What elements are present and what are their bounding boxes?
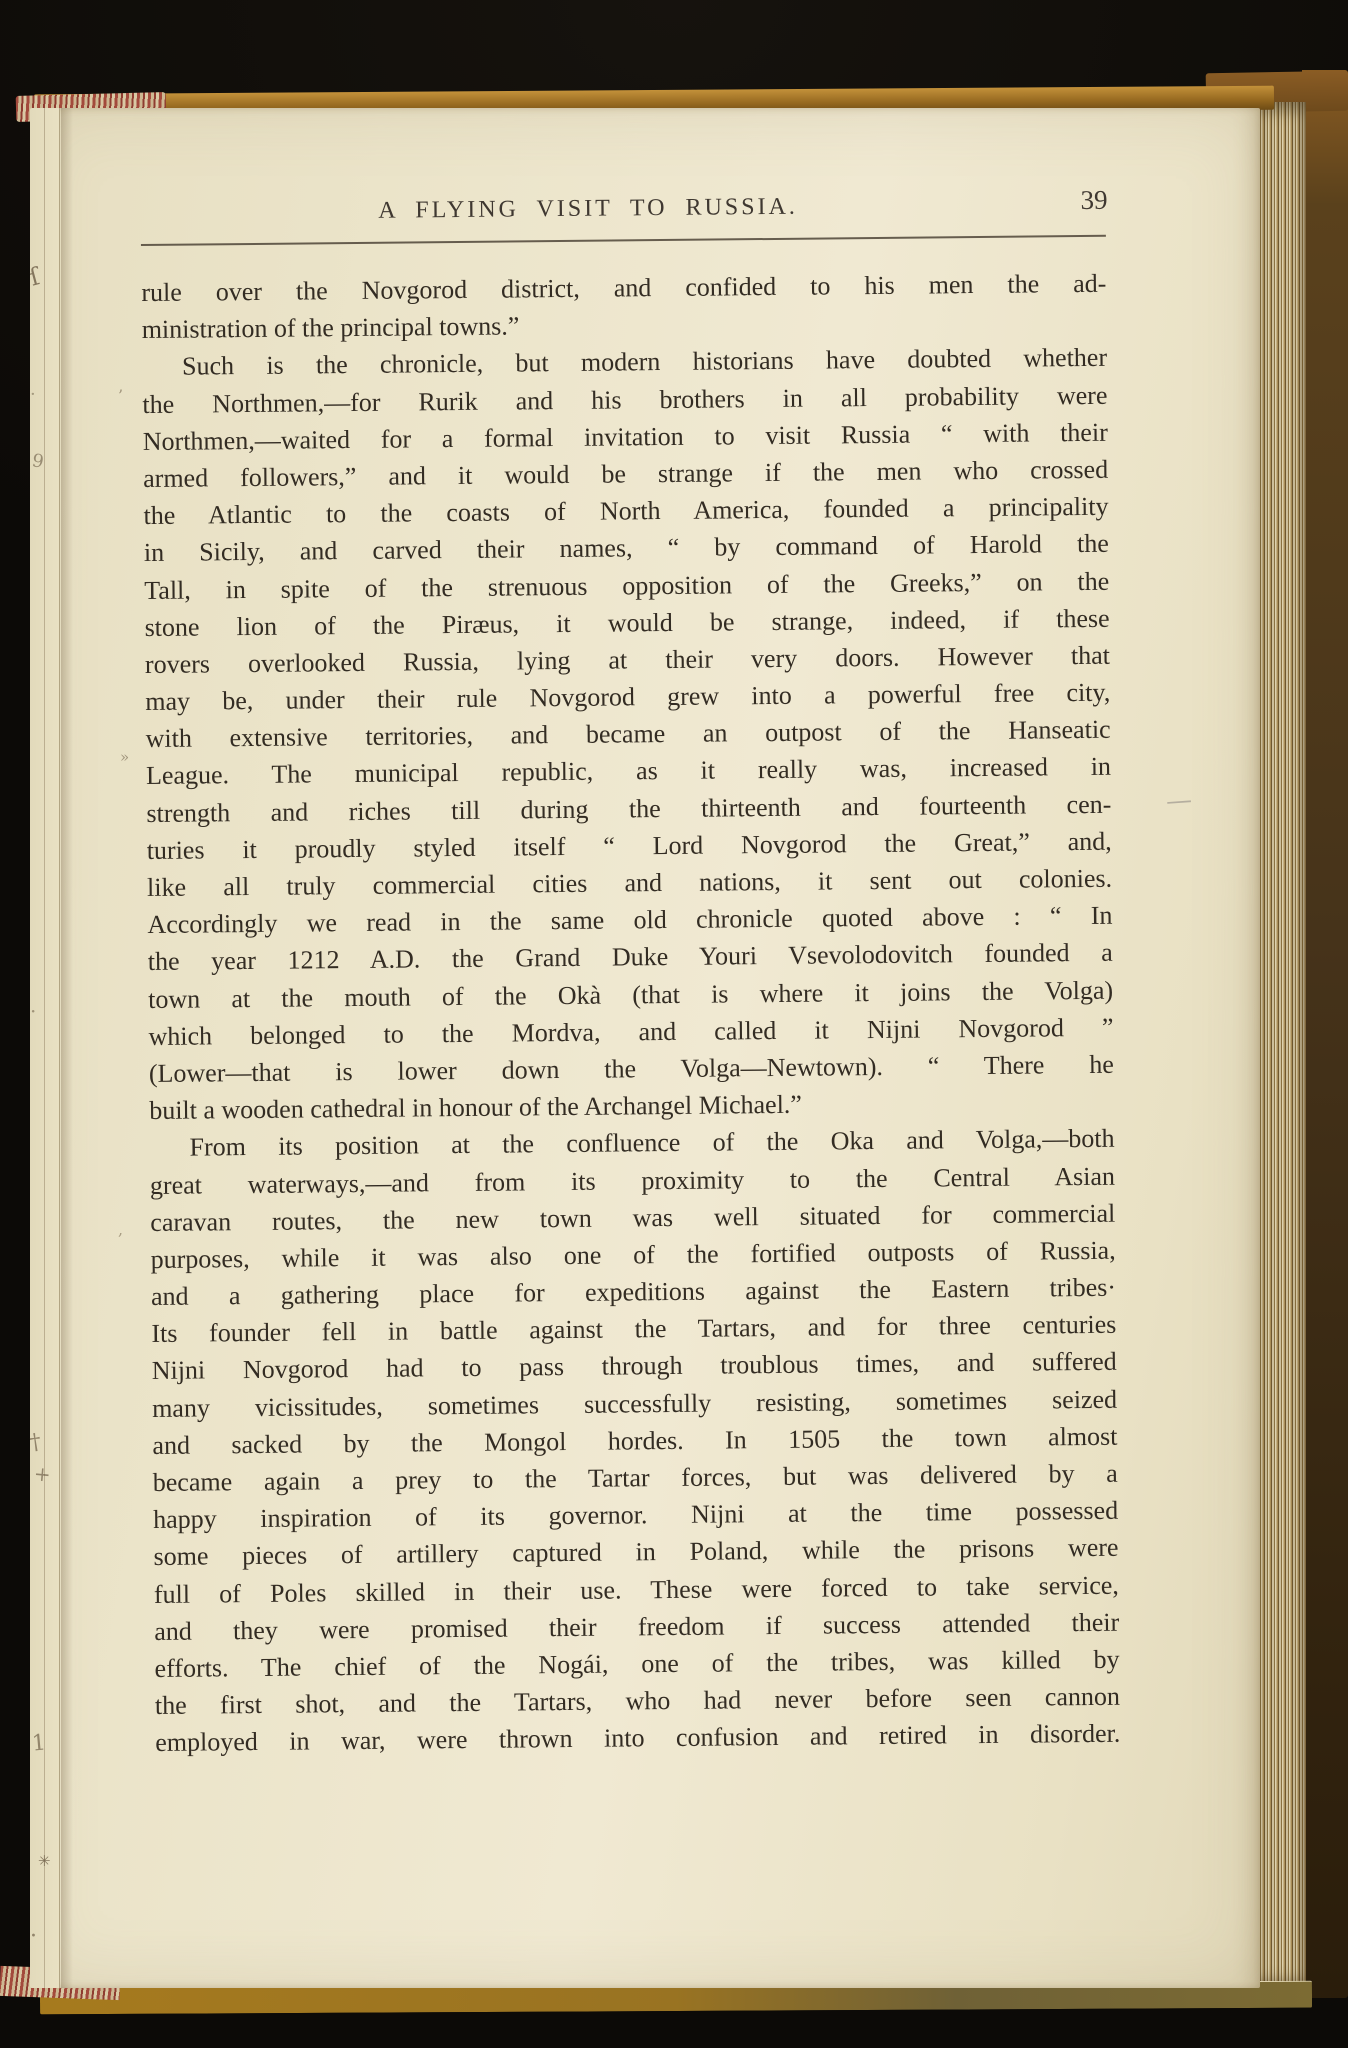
running-title: A FLYING VISIT TO RUSSIA. xyxy=(71,191,1106,228)
margin-mark: , xyxy=(118,1222,123,1238)
book-scan-photo: A FLYING VISIT TO RUSSIA. 39 rule over t… xyxy=(0,0,1348,2048)
margin-mark: ✳ xyxy=(38,1854,51,1869)
margin-mark: · xyxy=(30,386,36,404)
margin-mark: + xyxy=(33,1463,51,1484)
header-rule xyxy=(141,235,1106,246)
book-page: A FLYING VISIT TO RUSSIA. 39 rule over t… xyxy=(30,108,1260,1988)
printed-content: A FLYING VISIT TO RUSSIA. 39 rule over t… xyxy=(141,191,1121,1762)
page-number: 39 xyxy=(1080,185,1107,216)
margin-mark: · xyxy=(30,1926,37,1948)
margin-mark: · xyxy=(30,1001,36,1021)
text-line: employed in war, were thrown into confus… xyxy=(155,1715,1120,1761)
page-gutter-crease xyxy=(61,108,73,1988)
book-cover-edge xyxy=(1302,70,1348,1998)
margin-mark: — xyxy=(1165,787,1193,815)
margin-mark: ’ xyxy=(118,388,123,404)
margin-mark: » xyxy=(120,750,129,765)
page-header: A FLYING VISIT TO RUSSIA. 39 xyxy=(141,191,1106,230)
margin-mark: 1 xyxy=(31,1732,47,1755)
page-stack-edges xyxy=(1254,102,1306,1990)
page-gutter-crack xyxy=(44,108,45,1988)
body-text: rule over the Novgorod district, and con… xyxy=(141,265,1120,1762)
